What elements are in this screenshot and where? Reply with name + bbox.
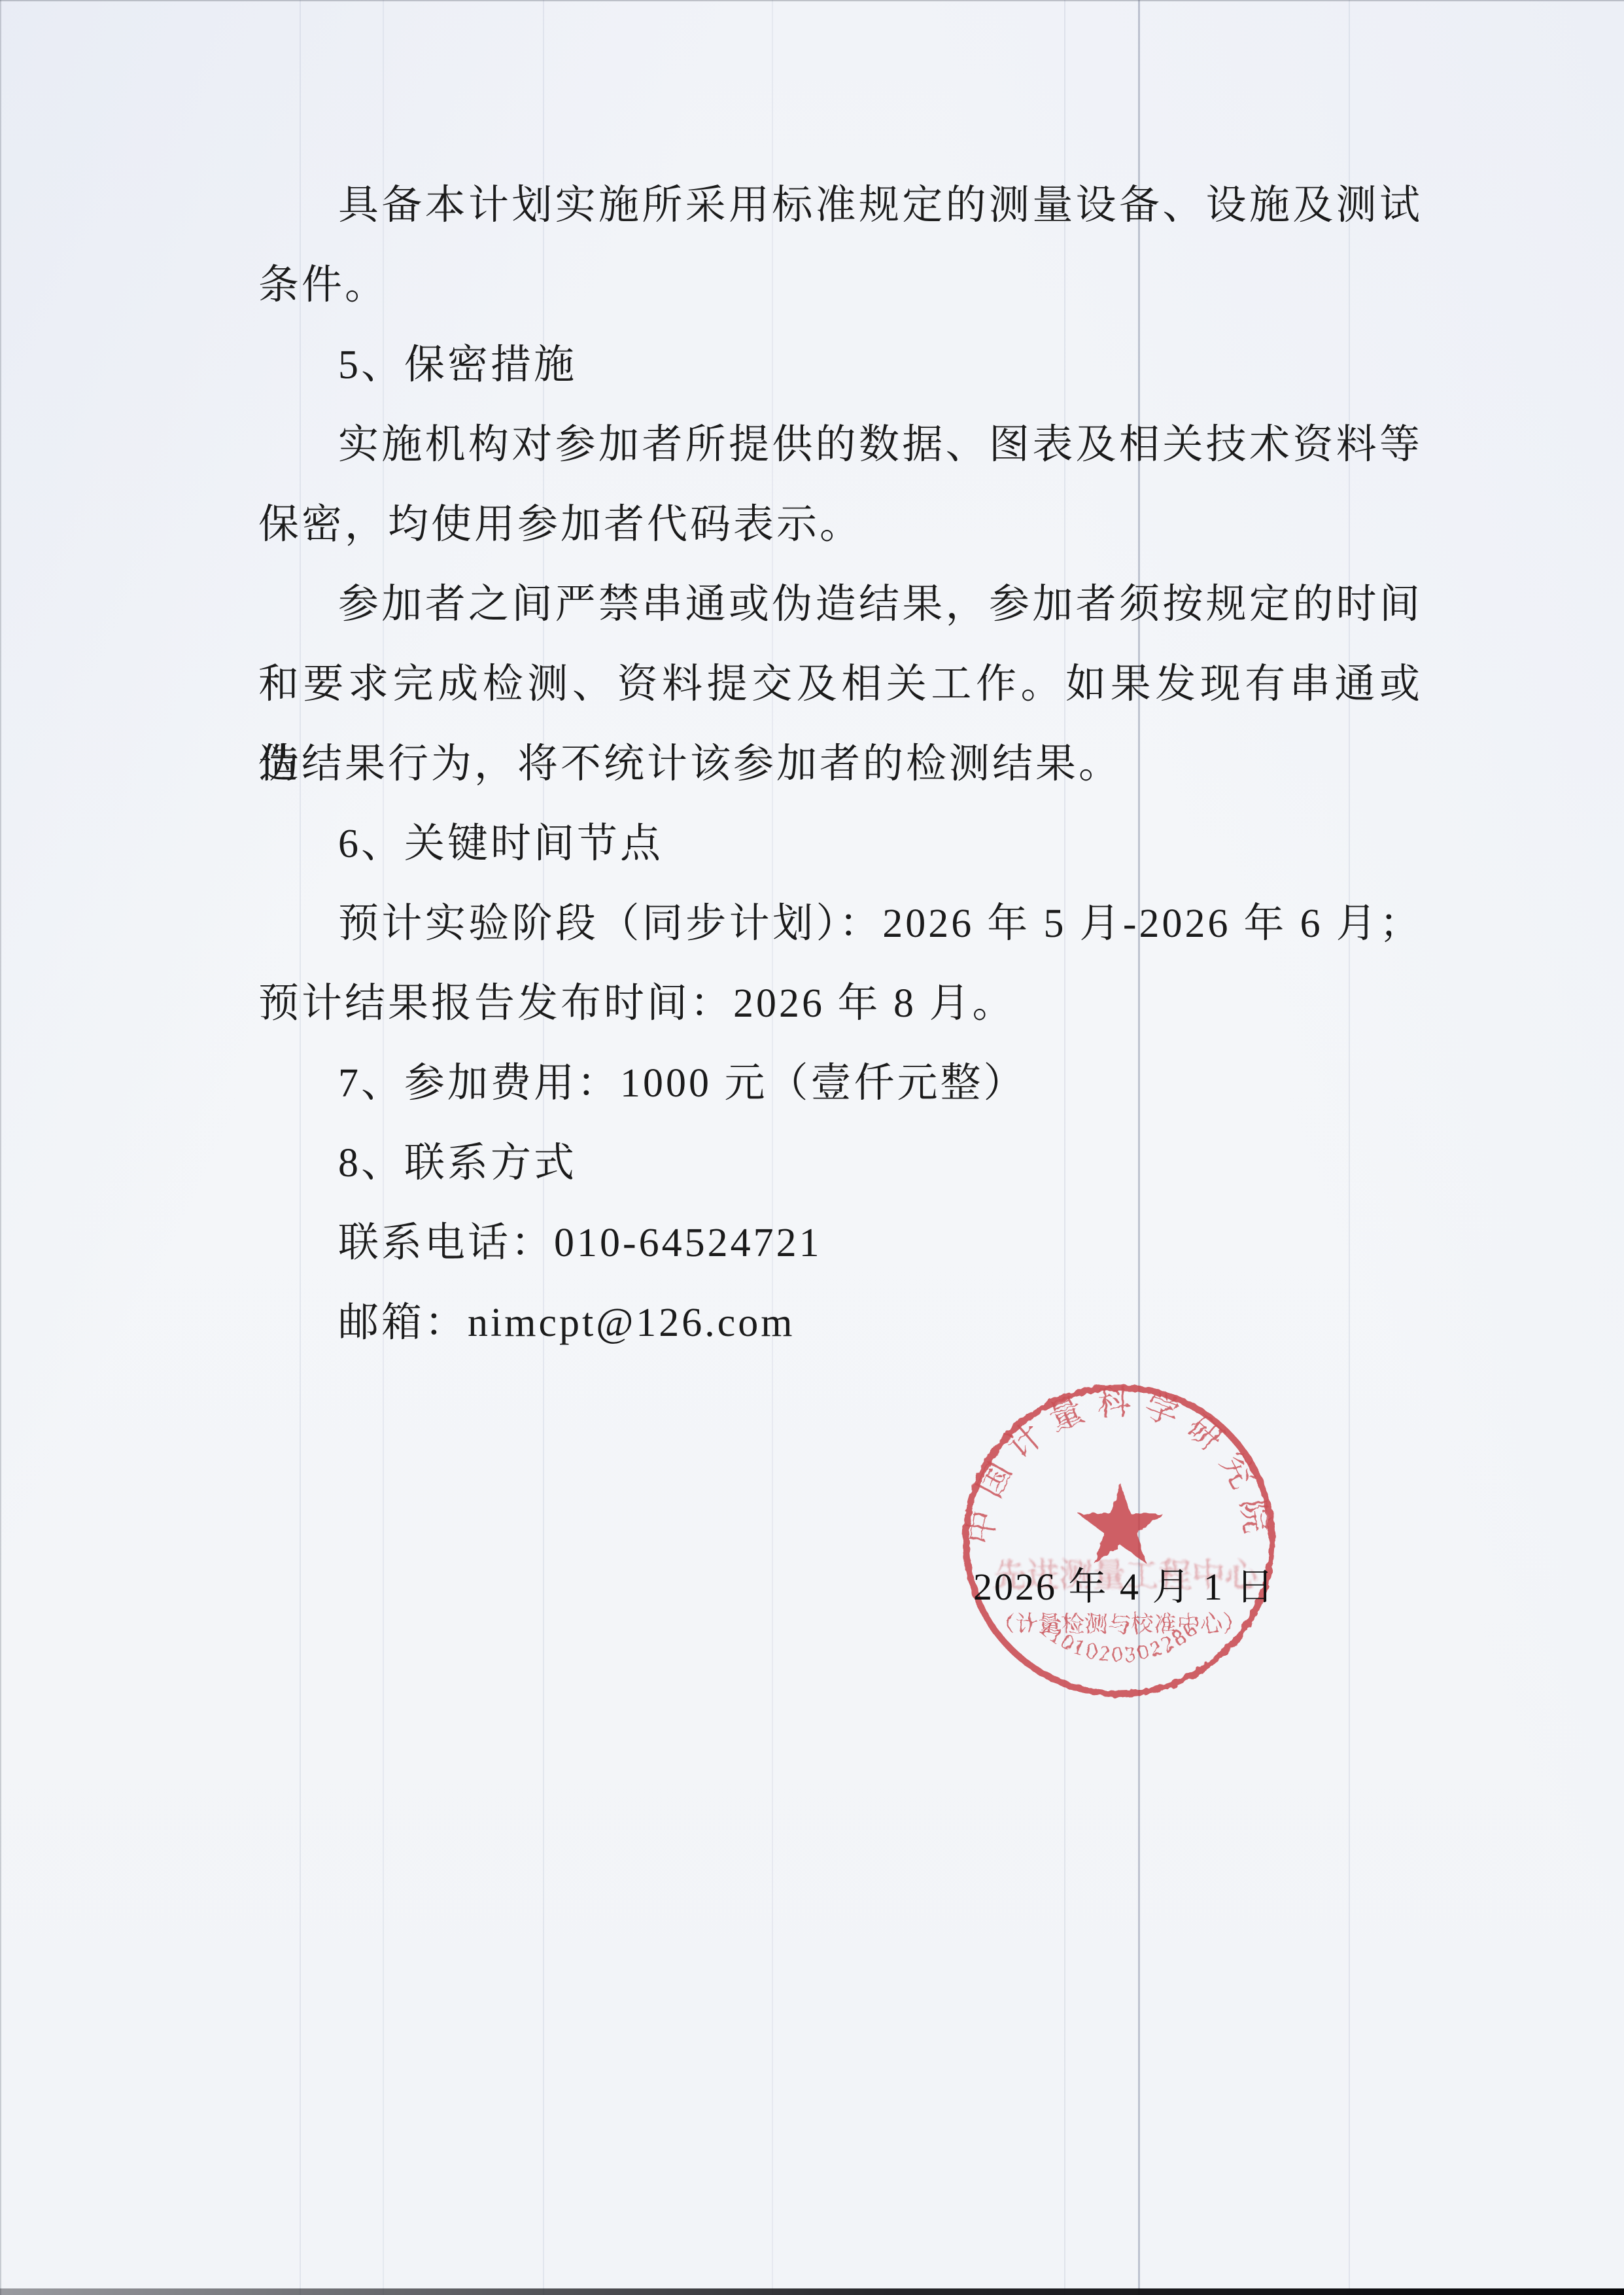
section-heading: 5、保密措施	[258, 325, 1423, 405]
text-line: 造结果行为，将不统计该参加者的检测结果。	[258, 724, 1423, 804]
section-heading: 7、参加费用：1000 元（壹仟元整）	[258, 1043, 1423, 1123]
signature-date: 2026 年 4 月 1 日	[973, 1556, 1276, 1611]
seal-subtitle-text: （计量检测与校准中心）	[992, 1612, 1246, 1637]
section-heading: 6、关键时间节点	[258, 804, 1423, 884]
text-line: 预计实验阶段（同步计划）：2026 年 5 月-2026 年 6 月；	[258, 884, 1423, 964]
text-line: 参加者之间严禁串通或伪造结果，参加者须按规定的时间	[258, 565, 1423, 644]
scan-edge-left	[0, 0, 1, 2295]
contact-email-line: 邮箱：nimcpt@126.com	[258, 1283, 1423, 1363]
section-heading: 8、联系方式	[258, 1123, 1423, 1203]
contact-phone-line: 联系电话：010-64524721	[258, 1203, 1423, 1283]
text-line: 保密，均使用参加者代码表示。	[258, 485, 1423, 565]
text-line: 预计结果报告发布时间：2026 年 8 月。	[258, 964, 1423, 1043]
scanned-page: 具备本计划实施所采用标准规定的测量设备、设施及测试 条件。 5、保密措施 实施机…	[0, 0, 1624, 2295]
text-line: 具备本计划实施所采用标准规定的测量设备、设施及测试	[258, 166, 1423, 245]
text-line: 实施机构对参加者所提供的数据、图表及相关技术资料等	[258, 405, 1423, 485]
document-body: 具备本计划实施所采用标准规定的测量设备、设施及测试 条件。 5、保密措施 实施机…	[258, 166, 1423, 1363]
scan-edge-top	[0, 0, 1624, 1]
star-icon	[1078, 1483, 1162, 1564]
text-line: 条件。	[258, 245, 1423, 325]
scan-edge-bottom	[0, 2288, 1624, 2295]
official-seal: 中国计量科学研究院 先进测量工程中心 （计量检测与校准中心） 110102030…	[959, 1380, 1279, 1701]
text-line: 和要求完成检测、资料提交及相关工作。如果发现有串通或伪	[258, 644, 1423, 724]
